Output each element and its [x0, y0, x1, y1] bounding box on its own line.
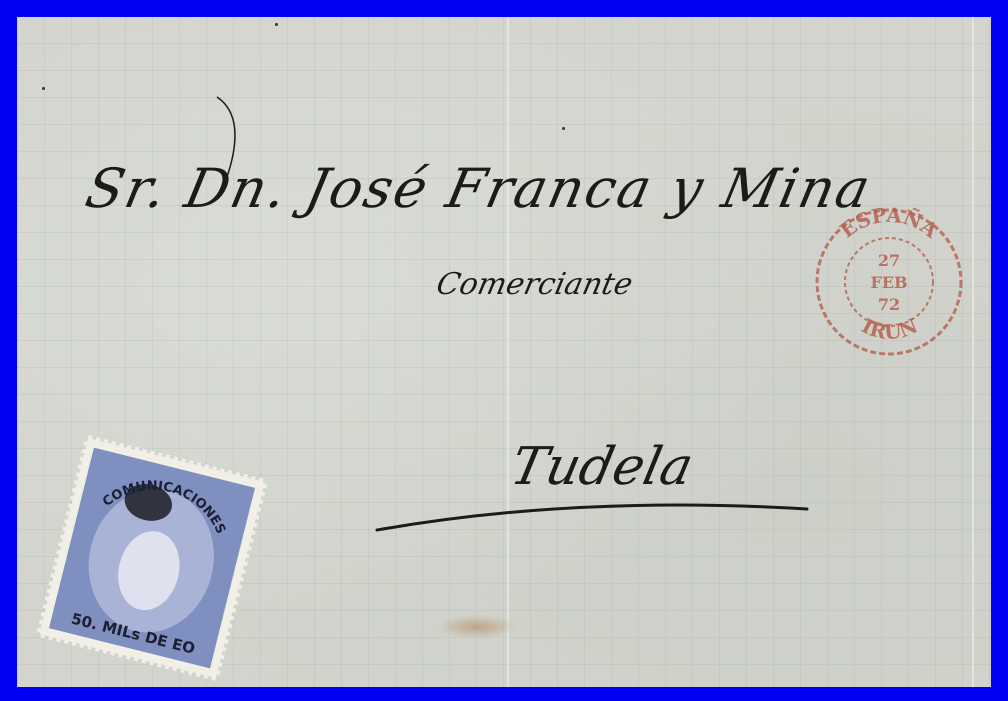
postmark-month: FEB — [870, 273, 907, 292]
postmark-country: ESPAÑA — [835, 203, 943, 243]
ink-speck — [562, 127, 565, 130]
ink-speck — [42, 87, 45, 90]
svg-text:ESPAÑA: ESPAÑA — [835, 203, 943, 243]
postmark-town: IRUN — [858, 313, 921, 344]
ink-speck — [275, 23, 278, 26]
postmark-cancel: ESPAÑA IRUN 27 FEB 72 — [807, 200, 972, 365]
postmark-year: 72 — [878, 295, 900, 314]
postmark-day: 27 — [878, 251, 900, 270]
svg-text:IRUN: IRUN — [858, 313, 921, 344]
envelope-cover: Sr. Dn. José Franca y Mina Comerciante T… — [17, 17, 991, 687]
rust-stain — [437, 615, 517, 639]
